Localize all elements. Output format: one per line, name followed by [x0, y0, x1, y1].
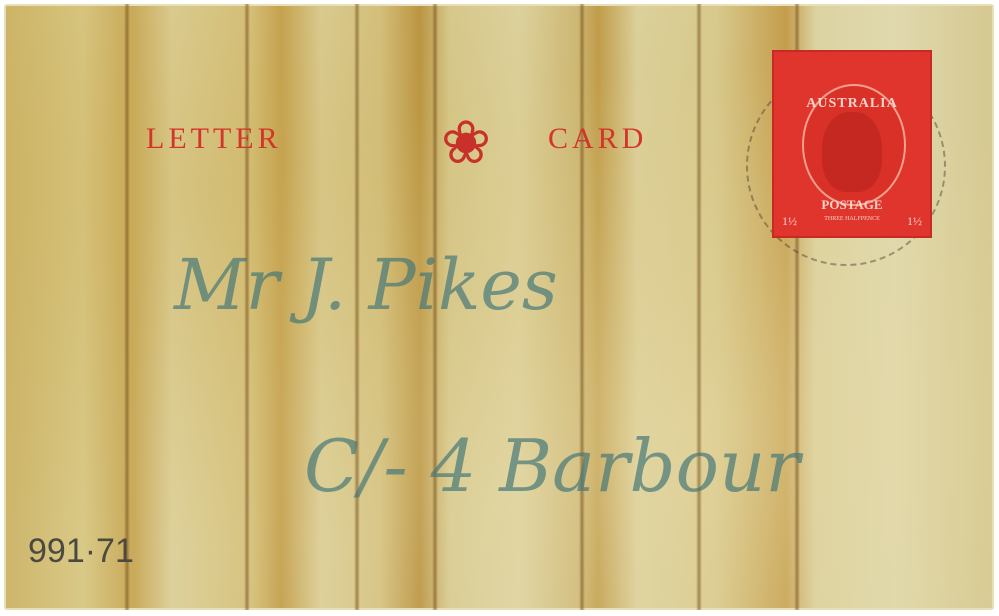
title-letter: LETTER — [146, 122, 282, 156]
stamp-country: AUSTRALIA — [774, 96, 930, 112]
fold-crease — [696, 4, 702, 610]
fold-crease — [124, 4, 130, 610]
fold-crease — [579, 4, 585, 610]
coat-of-arms-icon: ❀ — [396, 96, 536, 191]
king-portrait-icon — [822, 112, 882, 192]
stamp-value-right: 1½ — [907, 214, 922, 229]
postage-stamp: AUSTRALIA POSTAGE 1½ THREE HALFPENCE 1½ — [772, 50, 932, 238]
handwritten-address: C/- 4 Barbour — [304, 424, 800, 508]
catalogue-number: 991·71 — [28, 532, 134, 571]
handwritten-name: Mr J. Pikes — [174, 244, 558, 326]
title-card: CARD — [548, 122, 647, 156]
stamp-label: POSTAGE — [774, 197, 930, 213]
letter-card: LETTER ❀ CARD AUSTRALIA POSTAGE 1½ THREE… — [4, 4, 994, 610]
